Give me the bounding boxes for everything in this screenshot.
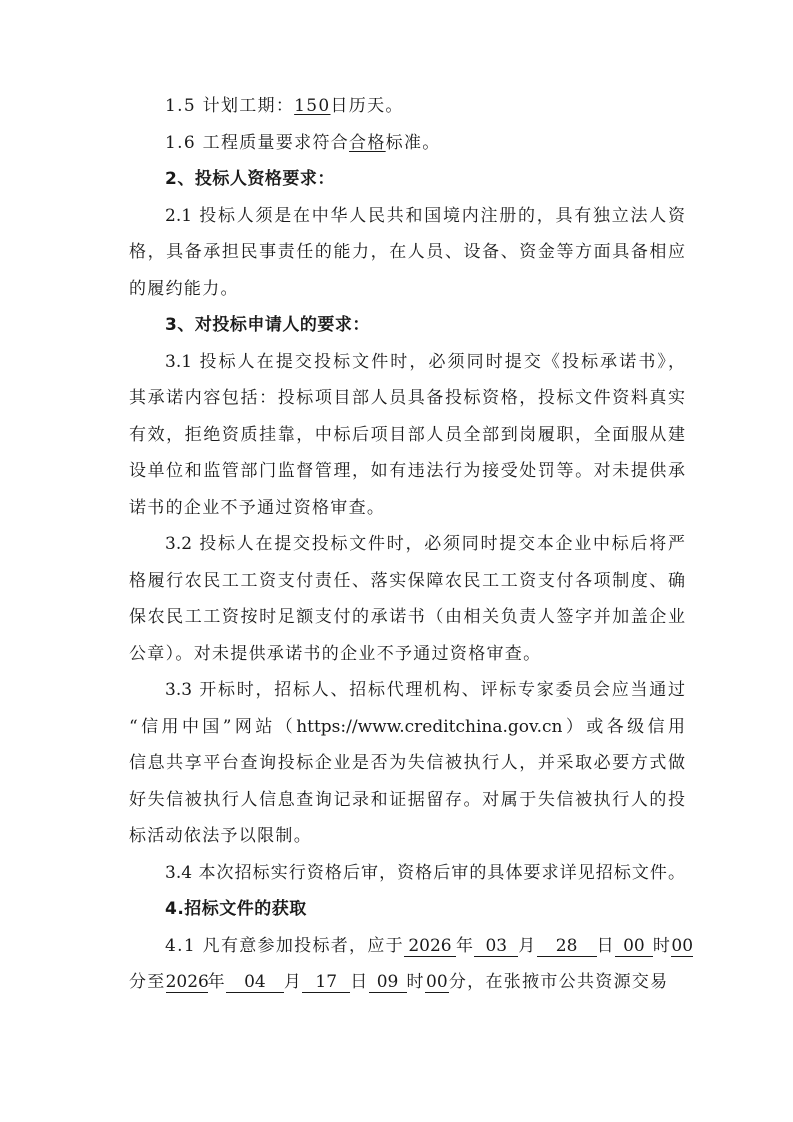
clause-1-6-prefix: 1.6 工程质量要求符合	[165, 133, 349, 153]
clause-3-1-line-2: 其承诺内容包括：投标项目部人员具备投标资格，投标文件资料真实	[129, 380, 685, 417]
clause-4-1-prefix: 4.1 凡有意参加投标者，应于	[165, 936, 404, 956]
clause-1-5-suffix: 日历天。	[331, 96, 404, 116]
end-month: 04	[226, 972, 284, 993]
year-label: 年	[208, 972, 226, 992]
clause-4-1-line-2-prefix: 分至	[129, 972, 166, 992]
month-label: 月	[284, 972, 302, 992]
clause-3-3-line-4: 好失信被执行人信息查询记录和证据留存。对属于失信被执行人的投	[129, 782, 685, 819]
end-day: 17	[302, 972, 350, 993]
minute-label: 分	[449, 972, 467, 992]
heading-applicant-requirements: 3、对投标申请人的要求：	[129, 307, 685, 344]
clause-1-5-prefix: 1.5 计划工期：	[165, 96, 294, 116]
day-label: 日	[597, 936, 615, 956]
clause-3-4: 3.4 本次招标实行资格后审，资格后审的具体要求详见招标文件。	[129, 855, 685, 892]
end-year: 2026	[166, 972, 208, 993]
clause-3-2-line-2: 格履行农民工工资支付责任、落实保障农民工工资支付各项制度、确	[129, 563, 685, 600]
clause-3-1-line-4: 设单位和监管部门监督管理，如有违法行为接受处罚等。对未提供承	[129, 453, 685, 490]
clause-3-1-line-1: 3.1 投标人在提交投标文件时，必须同时提交《投标承诺书》，	[129, 344, 685, 381]
clause-1-6-suffix: 标准。	[386, 133, 441, 153]
clause-3-2-line-4: 公章）。对未提供承诺书的企业不予通过资格审查。	[129, 636, 685, 673]
heading-bidder-qualifications: 2、投标人资格要求：	[129, 161, 685, 198]
clause-3-1-line-5: 诺书的企业不予通过资格审查。	[129, 490, 685, 527]
clause-4-1-line-2: 分至2026年04月17日09时00分，在张掖市公共资源交易	[129, 964, 685, 1001]
start-year: 2026	[404, 936, 456, 957]
clause-3-2-line-1: 3.2 投标人在提交投标文件时，必须同时提交本企业中标后将严	[129, 526, 685, 563]
construction-period-value: 150	[294, 96, 330, 116]
heading-tender-document-acquisition: 4.招标文件的获取	[129, 891, 685, 928]
end-minute: 00	[425, 972, 449, 993]
hour-label: 时	[653, 936, 671, 956]
end-hour: 09	[369, 972, 407, 993]
clause-3-1-line-3: 有效，拒绝资质挂靠，中标后项目部人员全部到岗履职，全面服从建	[129, 417, 685, 454]
hour-label: 时	[407, 972, 425, 992]
clause-3-3-line-2: “信用中国”网站（https://www.creditchina.gov.cn）…	[129, 709, 685, 746]
clause-1-5: 1.5 计划工期：150日历天。	[129, 88, 685, 125]
clause-2-1-line-2: 格，具备承担民事责任的能力，在人员、设备、资金等方面具备相应	[129, 234, 685, 271]
clause-3-2-line-3: 保农民工工资按时足额支付的承诺书（由相关负责人签字并加盖企业	[129, 599, 685, 636]
month-label: 月	[518, 936, 536, 956]
start-month: 03	[474, 936, 518, 957]
clause-2-1-line-3: 的履约能力。	[129, 271, 685, 308]
clause-3-3-line-3: 信息共享平台查询投标企业是否为失信被执行人，并采取必要方式做	[129, 745, 685, 782]
clause-4-1-line-1: 4.1 凡有意参加投标者，应于2026年03月28日00时00	[129, 928, 685, 965]
clause-3-3-line-1: 3.3 开标时，招标人、招标代理机构、评标专家委员会应当通过	[129, 672, 685, 709]
day-label: 日	[350, 972, 368, 992]
clause-1-6: 1.6 工程质量要求符合合格标准。	[129, 125, 685, 162]
quality-standard-value: 合格	[349, 133, 386, 153]
clause-4-1-location: ，在张掖市公共资源交易	[467, 972, 668, 992]
clause-3-3-line-5: 标活动依法予以限制。	[129, 818, 685, 855]
clause-2-1-line-1: 2.1 投标人须是在中华人民共和国境内注册的，具有独立法人资	[129, 198, 685, 235]
document-page: 1.5 计划工期：150日历天。 1.6 工程质量要求符合合格标准。 2、投标人…	[129, 88, 685, 1001]
start-day: 28	[537, 936, 597, 957]
start-minute: 00	[671, 936, 693, 957]
year-label: 年	[456, 936, 474, 956]
start-hour: 00	[615, 936, 653, 957]
